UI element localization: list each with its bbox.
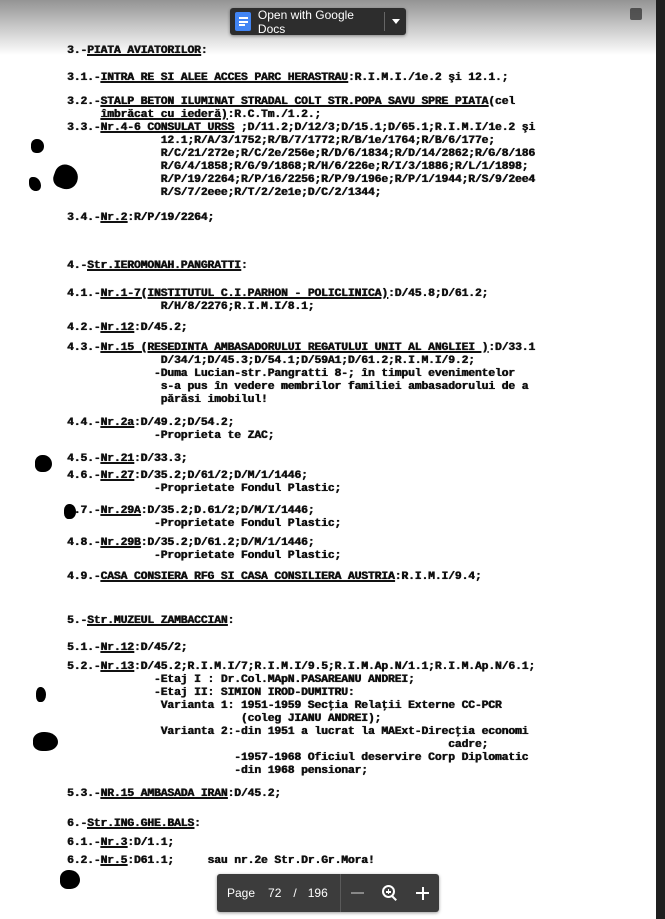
line-text: : — [194, 818, 201, 830]
line-text: Varianta 2:-din 1951 a lucrat la MAExt-D… — [67, 726, 528, 738]
zoom-out-button[interactable] — [341, 874, 374, 912]
document-line: -Proprietate Fondul Plastic; — [67, 550, 341, 563]
scan-mark — [630, 8, 642, 20]
line-text: -1957-1968 Oficiul deservire Corp Diplom… — [67, 752, 528, 764]
document-line: 4.8.-Nr.29B:D/35.2;D/61.2;D/M/1/1446; — [67, 537, 314, 550]
document-line: 5.2.-Nr.13:D/45.2;R.I.M.I/7;R.I.M.I/9.5;… — [67, 661, 535, 674]
underlined-heading: Nr.13 — [100, 661, 133, 673]
document-line: 4.9.-CASA CONSIERA RFG SI CASA CONSILIER… — [67, 571, 482, 584]
line-text: :R.I.M.I/9.4; — [395, 571, 482, 583]
line-text: R/P/19/2264;R/P/16/2256;R/P/9/196e;R/P/1… — [67, 174, 535, 186]
underlined-heading: NR.15 AMBASADA IRAN — [100, 788, 227, 800]
line-text: -din 1968 pensionar; — [67, 765, 368, 777]
line-text: :D/45.8;D/61.2; — [388, 288, 488, 300]
line-text: :D/45.2;R.I.M.I/7;R.I.M.I/9.5;R.I.M.Ap.N… — [134, 661, 535, 673]
line-number: 5.3.- — [67, 788, 100, 800]
line-text: R/S/7/2eee;R/T/2/2e1e;D/C/2/1344; — [67, 187, 381, 199]
line-text: părăsi imobilul! — [67, 394, 268, 406]
document-line: -din 1968 pensionar; — [67, 765, 368, 778]
underlined-heading: Nr.2 — [100, 212, 127, 224]
document-line: -Etaj I : Dr.Col.MApN.PASAREANU ANDREI; — [67, 674, 415, 687]
line-text: -Etaj I : Dr.Col.MApN.PASAREANU ANDREI; — [67, 674, 415, 686]
line-number: 5.1.- — [67, 642, 100, 654]
line-text: R/H/8/2276;R.I.M.I/8.1; — [67, 301, 314, 313]
line-text: :D61.1; sau nr.2e Str.Dr.Gr.Mora! — [127, 855, 374, 867]
line-number: 4.6.- — [67, 470, 100, 482]
ink-blot — [36, 687, 46, 702]
document-line: 6.2.-Nr.5:D61.1; sau nr.2e Str.Dr.Gr.Mor… — [67, 855, 375, 868]
document-line: 5.1.-Nr.12:D/45/2; — [67, 642, 187, 655]
document-line: 5.-Str.MUZEUL ZAMBACCIAN: — [67, 615, 234, 628]
document-line: 3.2.-STALP BETON ILUMINAT STRADAL COLT S… — [67, 96, 515, 109]
zoom-button[interactable] — [374, 874, 407, 912]
line-text: -Proprietate Fondul Plastic; — [67, 483, 341, 495]
caret-down-icon — [392, 19, 400, 24]
underlined-heading: Str.ING.GHE.BALS — [87, 818, 194, 830]
line-number: 3.2.- — [67, 96, 100, 108]
line-text: -Proprietate Fondul Plastic; — [67, 550, 341, 562]
document-line: R/G/4/1858;R/G/9/1868;R/H/6/226e;R/I/3/1… — [67, 161, 528, 174]
underlined-heading: Nr.15 (RESEDINTA AMBASADORULUI REGATULUI… — [100, 342, 488, 354]
document-line: 3.-PIATA AVIATORILOR: — [67, 45, 207, 58]
document-line: R/C/21/272e;R/C/2e/256e;R/D/6/1834;R/D/1… — [67, 148, 535, 161]
open-with-dropdown-button[interactable] — [385, 8, 406, 35]
document-line: cadre; — [67, 739, 488, 752]
underlined-heading: Nr.3 — [100, 837, 127, 849]
underlined-heading: Str.MUZEUL ZAMBACCIAN — [87, 615, 227, 627]
document-line: R/P/19/2264;R/P/16/2256;R/P/9/196e;R/P/1… — [67, 174, 535, 187]
underlined-heading: Nr.29B — [100, 537, 140, 549]
line-text: :D/35.2;D/61.2;D/M/1/1446; — [141, 537, 315, 549]
document-line: -1957-1968 Oficiul deservire Corp Diplom… — [67, 752, 528, 765]
line-text: -Etaj II: SIMION IROD-DUMITRU: — [67, 687, 354, 699]
zoom-magnifier-icon — [382, 885, 398, 901]
document-line: 4.1.-Nr.1-7(INSTITUTUL C.I.PARHON - POLI… — [67, 288, 488, 301]
line-number: 6.2.- — [67, 855, 100, 867]
ink-blot — [64, 504, 76, 519]
ink-blot — [31, 139, 44, 153]
underlined-heading: Nr.27 — [100, 470, 133, 482]
ink-blot — [35, 455, 52, 472]
line-text: s-a pus în vedere membrilor familiei amb… — [67, 381, 528, 393]
document-line: 4.5.-Nr.21:D/33.3; — [67, 453, 187, 466]
line-text: -Duma Lucian-str.Pangratti 8-; în timpul… — [67, 368, 515, 380]
scanned-document-page: 3.-PIATA AVIATORILOR:3.1.-INTRA RE SI AL… — [0, 0, 656, 919]
underlined-heading: Nr.12 — [100, 322, 133, 334]
line-number: 5.2.- — [67, 661, 100, 673]
line-number: 3.1.- — [67, 72, 100, 84]
line-text: :D/1.1; — [127, 837, 174, 849]
document-line: Varianta 1: 1951-1959 Secţia Relaţii Ext… — [67, 700, 502, 713]
line-number: 6.- — [67, 818, 87, 830]
line-text: :R.I.M.I./1e.2 şi 12.1.; — [348, 72, 508, 84]
document-line: -Etaj II: SIMION IROD-DUMITRU: — [67, 687, 354, 700]
line-text: :D/45.2; — [227, 788, 280, 800]
document-line: R/S/7/2eee;R/T/2/2e1e;D/C/2/1344; — [67, 187, 381, 200]
document-line: -Proprietate Fondul Plastic; — [67, 518, 341, 531]
open-with-toolbar: Open with Google Docs — [230, 8, 406, 35]
document-line: 4.7.-Nr.29A:D/35.2;D.61/2;D/M/I/1446; — [67, 505, 314, 518]
line-number: 4.- — [67, 260, 87, 272]
line-number: 3.- — [67, 45, 87, 57]
page-controls: Page 72 / 196 — [217, 874, 439, 912]
zoom-in-button[interactable] — [406, 874, 439, 912]
underlined-heading: Nr.2a — [100, 417, 133, 429]
underlined-heading: PIATA AVIATORILOR — [87, 45, 201, 57]
underlined-heading: Nr.5 — [100, 855, 127, 867]
line-text: : — [227, 615, 234, 627]
document-line: 12.1;R/A/3/1752;R/B/7/1772;R/B/1e/1764;R… — [67, 135, 495, 148]
underlined-heading: Nr.29A — [100, 505, 140, 517]
ink-blot — [33, 732, 58, 751]
line-text: :D/33.3; — [134, 453, 187, 465]
line-number: 4.8.- — [67, 537, 100, 549]
line-text: :D/35.2;D/61/2;D/M/1/1446; — [134, 470, 308, 482]
line-text: Varianta 1: 1951-1959 Secţia Relaţii Ext… — [67, 700, 502, 712]
document-line: 3.3.-Nr.4-6 CONSULAT URSS ;D/11.2;D/12/3… — [67, 122, 535, 135]
document-line: D/34/1;D/45.3;D/54.1;D/59A1;D/61.2;R.I.M… — [67, 355, 475, 368]
document-line: (coleg JIANU ANDREI); — [67, 713, 381, 726]
current-page-input[interactable]: 72 — [268, 886, 281, 900]
document-line: 6.-Str.ING.GHE.BALS: — [67, 818, 201, 831]
document-line: s-a pus în vedere membrilor familiei amb… — [67, 381, 528, 394]
underlined-heading: INTRA RE SI ALEE ACCES PARC HERASTRAU — [100, 72, 347, 84]
underlined-heading: Str.IEROMONAH.PANGRATTI — [87, 260, 241, 272]
line-text: : — [201, 45, 208, 57]
line-number: 4.1.- — [67, 288, 100, 300]
document-line: 3.1.-INTRA RE SI ALEE ACCES PARC HERASTR… — [67, 72, 508, 85]
google-docs-icon — [235, 12, 251, 31]
line-number: 4.9.- — [67, 571, 100, 583]
ink-blot — [29, 177, 41, 191]
underlined-heading: STALP BETON ILUMINAT STRADAL COLT STR.PO… — [100, 96, 488, 108]
document-line: 4.3.-Nr.15 (RESEDINTA AMBASADORULUI REGA… — [67, 342, 535, 355]
line-text: cadre; — [67, 739, 488, 751]
open-with-label: Open with Google Docs — [258, 8, 377, 36]
plus-icon — [416, 887, 429, 900]
line-text: R/G/4/1858;R/G/9/1868;R/H/6/226e;R/I/3/1… — [67, 161, 528, 173]
line-text: -Proprietate Fondul Plastic; — [67, 518, 341, 530]
document-line: 6.1.-Nr.3:D/1.1; — [67, 837, 174, 850]
underlined-heading: Nr.1-7(INSTITUTUL C.I.PARHON - POLICLINI… — [100, 288, 387, 300]
underlined-heading: CASA CONSIERA RFG SI CASA CONSILIERA AUS… — [100, 571, 394, 583]
viewer-scrollbar[interactable] — [656, 0, 665, 919]
document-line: 3.4.-Nr.2:R/P/19/2264; — [67, 212, 214, 225]
line-text: : — [241, 260, 248, 272]
underlined-heading: Nr.12 — [100, 642, 133, 654]
document-line: 4.2.-Nr.12:D/45.2; — [67, 322, 187, 335]
document-line: 4.4.-Nr.2a:D/49.2;D/54.2; — [67, 417, 234, 430]
line-number: 4.2.- — [67, 322, 100, 334]
document-line: 5.3.-NR.15 AMBASADA IRAN:D/45.2; — [67, 788, 281, 801]
line-text: R/C/21/272e;R/C/2e/256e;R/D/6/1834;R/D/1… — [67, 148, 535, 160]
document-line: -Duma Lucian-str.Pangratti 8-; în timpul… — [67, 368, 515, 381]
underlined-heading: Nr.21 — [100, 453, 133, 465]
line-number: 3.3.- — [67, 122, 100, 134]
line-text: :D/33.1 — [488, 342, 535, 354]
line-text: :D/45/2; — [134, 642, 187, 654]
document-line: 4.-Str.IEROMONAH.PANGRATTI: — [67, 260, 248, 273]
ink-blot — [60, 870, 80, 889]
open-with-google-docs-button[interactable]: Open with Google Docs — [230, 8, 384, 35]
document-line: R/H/8/2276;R.I.M.I/8.1; — [67, 301, 314, 314]
line-text: 12.1;R/A/3/1752;R/B/7/1772;R/B/1e/1764;R… — [67, 135, 495, 147]
line-text: :D/49.2;D/54.2; — [134, 417, 234, 429]
line-text: (coleg JIANU ANDREI); — [67, 713, 381, 725]
page-separator: / — [293, 886, 296, 900]
document-line: Varianta 2:-din 1951 a lucrat la MAExt-D… — [67, 726, 528, 739]
line-number: 6.1.- — [67, 837, 100, 849]
page-label: Page — [227, 886, 255, 900]
line-number: 4.5.- — [67, 453, 100, 465]
line-text: :R.C.Tm./1.2.; — [227, 109, 321, 121]
line-number — [67, 109, 100, 121]
line-text: D/34/1;D/45.3;D/54.1;D/59A1;D/61.2;R.I.M… — [67, 355, 475, 367]
line-text: ;D/11.2;D/12/3;D/15.1;D/65.1;R.I.M.I/1e.… — [234, 122, 535, 134]
underlined-heading: îmbrăcat cu iederă) — [100, 109, 227, 121]
line-text: :R/P/19/2264; — [127, 212, 214, 224]
line-text: :D/45.2; — [134, 322, 187, 334]
underlined-heading: Nr.4-6 CONSULAT URSS — [100, 122, 234, 134]
document-line: -Proprieta te ZAC; — [67, 430, 274, 443]
document-line: 4.6.-Nr.27:D/35.2;D/61/2;D/M/1/1446; — [67, 470, 308, 483]
total-pages: 196 — [308, 886, 328, 900]
document-line: -Proprietate Fondul Plastic; — [67, 483, 341, 496]
line-text: (cel — [488, 96, 515, 108]
document-line: părăsi imobilul! — [67, 394, 268, 407]
line-number: 5.- — [67, 615, 87, 627]
line-number: 3.4.- — [67, 212, 100, 224]
line-number: 4.4.- — [67, 417, 100, 429]
line-text: :D/35.2;D.61/2;D/M/I/1446; — [141, 505, 315, 517]
line-text: -Proprieta te ZAC; — [67, 430, 274, 442]
minus-icon — [351, 892, 364, 894]
line-number: 4.3.- — [67, 342, 100, 354]
document-line: îmbrăcat cu iederă):R.C.Tm./1.2.; — [67, 109, 321, 122]
